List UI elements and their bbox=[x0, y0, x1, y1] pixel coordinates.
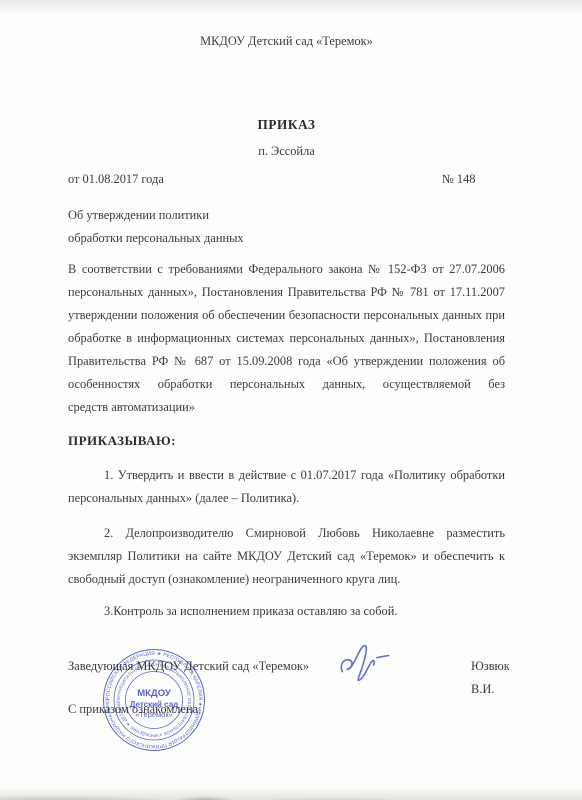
preamble-line: В соответствии с требованиями Федерально… bbox=[68, 258, 505, 281]
stamp-center-line1: МКДОУ bbox=[137, 688, 171, 699]
order-keyword: ПРИКАЗЫВАЮ: bbox=[68, 429, 505, 452]
preamble-line: персональных данных», Постановления Прав… bbox=[68, 281, 505, 304]
preamble-line: Правительства РФ № 687 от 15.09.2008 год… bbox=[68, 350, 505, 373]
preamble-line: обработке в информационных системах перс… bbox=[68, 327, 505, 350]
doc-number: № 148 bbox=[442, 168, 476, 191]
doc-title: ПРИКАЗ bbox=[68, 113, 505, 136]
subject-line: обработки персональных данных bbox=[68, 227, 505, 250]
order-item-line: 1. Утвердить и ввести в действие с 01.07… bbox=[68, 464, 505, 487]
scanned-order-document: МКДОУ Детский сад «Теремок» ПРИКАЗ п. Эс… bbox=[0, 0, 582, 800]
org-header: МКДОУ Детский сад «Теремок» bbox=[68, 30, 505, 53]
stamp-center-line2: Детский сад bbox=[130, 700, 179, 709]
scan-artifact-bottom-edge bbox=[0, 787, 582, 800]
order-item-line: 2. Делопроизводителю Смирновой Любовь Ни… bbox=[68, 522, 505, 545]
official-stamp: РОССИЙСКАЯ ФЕДЕРАЦИЯ ★ РЕСПУБЛИКА КАРЕЛИ… bbox=[101, 647, 207, 753]
order-item-line: 3.Контроль за исполнением приказа оставл… bbox=[68, 600, 505, 623]
order-item-3: 3.Контроль за исполнением приказа оставл… bbox=[68, 600, 505, 623]
order-item-line: персональных данных» (далее – Политика). bbox=[68, 487, 505, 510]
date-number-row: от 01.08.2017 года № 148 bbox=[68, 168, 505, 191]
handwritten-signature bbox=[336, 639, 394, 687]
doc-date: от 01.08.2017 года bbox=[68, 172, 164, 186]
order-item-2: 2. Делопроизводителю Смирновой Любовь Ни… bbox=[68, 522, 505, 591]
doc-place: п. Эссойла bbox=[68, 140, 505, 163]
signature-name: Юзвюк В.И. bbox=[471, 655, 510, 701]
order-item-line: экземпляр Политики на сайте МКДОУ Детски… bbox=[68, 545, 505, 568]
document-content: МКДОУ Детский сад «Теремок» ПРИКАЗ п. Эс… bbox=[0, 0, 582, 721]
stamp-center-line3: «Теремок» bbox=[135, 710, 173, 719]
subject-line: Об утверждении политики bbox=[68, 204, 505, 227]
subject-block: Об утверждении политики обработки персон… bbox=[68, 204, 505, 250]
preamble-line: утверждении положения об обеспечении без… bbox=[68, 304, 505, 327]
order-item-1: 1. Утвердить и ввести в действие с 01.07… bbox=[68, 464, 505, 510]
preamble-line: особенностях обработки персональных данн… bbox=[68, 373, 505, 396]
preamble-line: средств автоматизации» bbox=[68, 396, 505, 419]
preamble-paragraph: В соответствии с требованиями Федерально… bbox=[68, 258, 505, 419]
order-item-line: свободный доступ (ознакомление) неограни… bbox=[68, 568, 505, 591]
